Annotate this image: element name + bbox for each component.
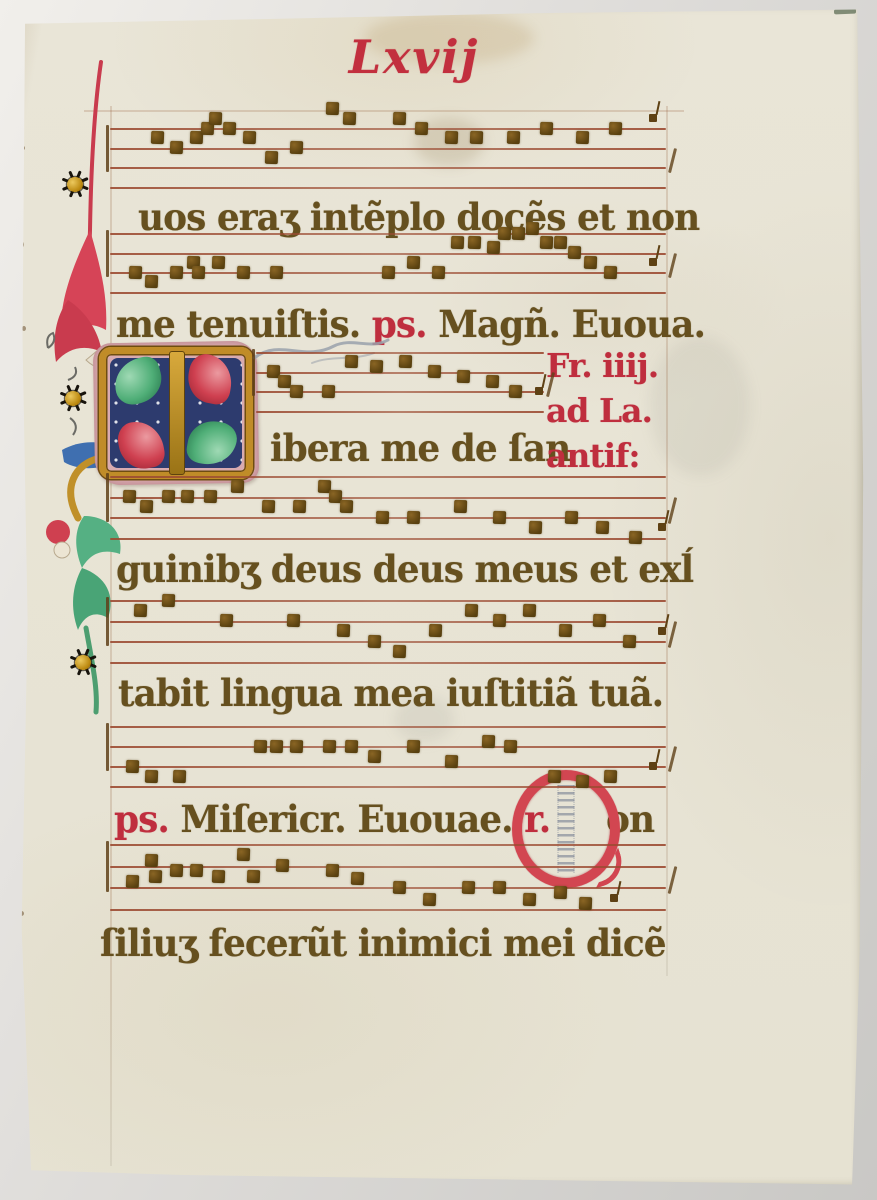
neume-note (492, 880, 505, 893)
neume-note (370, 360, 383, 373)
neume-note (342, 112, 355, 125)
neume-note (576, 774, 589, 787)
staff-line (110, 148, 666, 150)
neume-note (568, 246, 581, 259)
neume-note (189, 864, 202, 877)
staff-line (110, 746, 666, 748)
staff-start-tick (106, 723, 109, 771)
neume-note (321, 384, 334, 397)
neume-note (554, 236, 567, 249)
neume-note (431, 265, 444, 278)
neume-note (212, 256, 225, 269)
gold-star-ornament (58, 383, 88, 413)
neume-note (290, 739, 303, 752)
staff-line (110, 167, 666, 169)
staff-start-tick (252, 349, 255, 396)
neume-note (445, 754, 458, 767)
neume-note (467, 236, 480, 249)
neume-note (242, 131, 255, 144)
staff-line (110, 476, 666, 478)
neume-note (406, 739, 419, 752)
neume-note (145, 853, 158, 866)
chant-text: ſiliuʒ fecerũt inimici mei dicẽ (100, 921, 666, 965)
folio-number: Lxvij (314, 30, 514, 84)
staff-line (256, 372, 544, 374)
neume-note (508, 384, 521, 397)
neume-note (523, 604, 536, 617)
neume-note (270, 265, 283, 278)
edge-speck (19, 76, 24, 82)
neume-note (595, 521, 608, 534)
neume-note (406, 510, 419, 523)
neume-note (487, 241, 500, 254)
neume-note (576, 131, 589, 144)
edge-speck (19, 911, 24, 916)
staff-line (256, 411, 544, 413)
neume-note (429, 624, 442, 637)
staff-line (110, 600, 666, 602)
neume-note (173, 769, 186, 782)
staff-line (110, 538, 666, 540)
staff-start-tick (106, 841, 109, 892)
neume-note (579, 896, 592, 909)
neume-note (593, 614, 606, 627)
staff-end-tick (668, 746, 677, 772)
staff-line (110, 641, 666, 643)
chant-text: tabit lingua mea iuſtitiã tuã. (118, 671, 663, 715)
neume-note (247, 870, 260, 883)
leaf-edge-mark (834, 9, 856, 15)
chant-text: ibera me de ſan (270, 426, 570, 470)
neume-note (428, 365, 441, 378)
neume-note (392, 645, 405, 658)
neume-note (170, 265, 183, 278)
staff-start-tick (106, 597, 109, 646)
neume-note (181, 490, 194, 503)
neume-note (170, 864, 183, 877)
custos-mark (535, 387, 543, 395)
neume-note (445, 131, 458, 144)
neume-note (565, 510, 578, 523)
staff-line (110, 662, 666, 664)
neume-note (604, 769, 617, 782)
neume-note (504, 739, 517, 752)
manuscript-leaf: Lxvij uos eraʒ intẽplo docẽs et non me t… (14, 6, 864, 1188)
chant-text: Miſericr. Euouae. (180, 797, 524, 841)
staff-start-tick (106, 125, 109, 172)
neume-note (192, 265, 205, 278)
neume-note (203, 490, 216, 503)
neume-note (457, 370, 470, 383)
chant-text: guinibʒ deus deus meus et exĺ (116, 547, 693, 591)
neume-note (367, 749, 380, 762)
edge-speck (21, 146, 25, 150)
custos-mark (658, 523, 666, 531)
neume-note (276, 859, 289, 872)
custos-mark (649, 258, 657, 266)
neume-note (423, 893, 436, 906)
neume-note (345, 739, 358, 752)
neume-note (128, 265, 141, 278)
neume-note (465, 604, 478, 617)
neume-note (220, 614, 233, 627)
rubric-column: Fr. iiij. ad La. antif: (546, 343, 676, 478)
initial-gold-stem (169, 351, 185, 475)
staff-end-tick (668, 148, 677, 173)
neume-note (451, 236, 464, 249)
neume-note (406, 256, 419, 269)
neume-note (415, 121, 428, 134)
neume-note (529, 521, 542, 534)
neume-note (237, 265, 250, 278)
neume-note (212, 870, 225, 883)
neume-note (162, 593, 175, 606)
neume-note (262, 500, 275, 513)
neume-note (526, 221, 539, 234)
staff-end-tick (668, 253, 677, 278)
neume-note (237, 848, 250, 861)
neume-note (290, 384, 303, 397)
neume-note (149, 870, 162, 883)
neume-note (367, 634, 380, 647)
neume-note (340, 500, 353, 513)
neume-note (162, 490, 175, 503)
neume-note (470, 131, 483, 144)
rubric-line: ad La. (546, 388, 676, 433)
neume-note (559, 624, 572, 637)
neume-note (392, 112, 405, 125)
neume-note (381, 265, 394, 278)
staff-line (110, 621, 666, 623)
neume-note (223, 121, 236, 134)
neume-note (548, 769, 561, 782)
rubric-line: Fr. iiij. (546, 343, 676, 388)
chant-text-line: ps. Miſericr. Euouae. r. (114, 797, 550, 841)
neume-note (323, 739, 336, 752)
illuminated-initial-L (94, 342, 258, 484)
neume-note (462, 880, 475, 893)
staff-line (110, 844, 666, 846)
neume-note (209, 112, 222, 125)
custos-mark (610, 894, 618, 902)
staff-line (110, 187, 666, 189)
chant-text-line: ſiliuʒ fecerũt inimici mei dicẽ (100, 921, 666, 965)
chant-text-line: me tenuiſtis. ps. Magñ. Euoua. (116, 302, 705, 346)
neume-note (126, 759, 139, 772)
staff-end-tick (668, 866, 677, 894)
neume-note (399, 355, 412, 368)
neume-note (344, 355, 357, 368)
initial-ladder-ornament (558, 785, 575, 873)
chant-text-line: guinibʒ deus deus meus et exĺ (116, 547, 693, 591)
neume-note (151, 131, 164, 144)
custos-mark (649, 762, 657, 770)
neume-note (376, 510, 389, 523)
custos-mark (658, 627, 666, 635)
neume-note (290, 141, 303, 154)
neume-note (265, 151, 278, 164)
rubric-inline: ps. (114, 797, 180, 841)
photo-backdrop: Lxvij uos eraʒ intẽplo docẽs et non me t… (0, 0, 877, 1200)
neume-note (584, 256, 597, 269)
neume-note (492, 614, 505, 627)
neume-note (554, 886, 567, 899)
neume-note (540, 236, 553, 249)
staff-line (110, 292, 666, 294)
staff-line (110, 128, 666, 130)
staff-start-tick (106, 230, 109, 277)
staff-line (256, 352, 544, 354)
neume-note (337, 624, 350, 637)
staff-line (110, 766, 666, 768)
neume-note (170, 141, 183, 154)
neume-note (604, 265, 617, 278)
chant-text: Magñ. Euoua. (438, 302, 705, 346)
custos-mark (649, 114, 657, 122)
staff-line (110, 887, 666, 889)
edge-speck (22, 326, 26, 331)
staff-line (110, 233, 666, 235)
neume-note (145, 275, 158, 288)
chant-text-line: ibera me de ſan (270, 426, 570, 470)
neume-note (454, 500, 467, 513)
staff-end-tick (668, 621, 677, 647)
neume-note (270, 739, 283, 752)
neume-note (498, 226, 511, 239)
edge-speck (18, 241, 24, 248)
neume-note (123, 490, 136, 503)
staff-line (110, 253, 666, 255)
neume-note (145, 769, 158, 782)
neume-note (326, 864, 339, 877)
neume-note (492, 510, 505, 523)
rubric-line: antif: (546, 433, 676, 478)
neume-note (126, 875, 139, 888)
neume-note (326, 102, 339, 115)
neume-note (512, 226, 525, 239)
neume-note (485, 375, 498, 388)
neume-note (481, 734, 494, 747)
neume-note (292, 500, 305, 513)
gold-star-ornament (68, 647, 98, 677)
neume-note (134, 604, 147, 617)
neume-note (523, 893, 536, 906)
chant-text-line: tabit lingua mea iuſtitiã tuã. (118, 671, 663, 715)
neume-note (253, 739, 266, 752)
neume-note (506, 131, 519, 144)
neume-note (540, 121, 553, 134)
neume-note (392, 880, 405, 893)
staff-start-tick (106, 473, 109, 522)
neume-note (139, 500, 152, 513)
neume-note (623, 634, 636, 647)
staff-line (110, 726, 666, 728)
neume-note (287, 614, 300, 627)
neume-note (629, 531, 642, 544)
neume-note (351, 872, 364, 885)
neume-note (609, 121, 622, 134)
gold-star-ornament (60, 169, 90, 199)
neume-note (231, 480, 244, 493)
